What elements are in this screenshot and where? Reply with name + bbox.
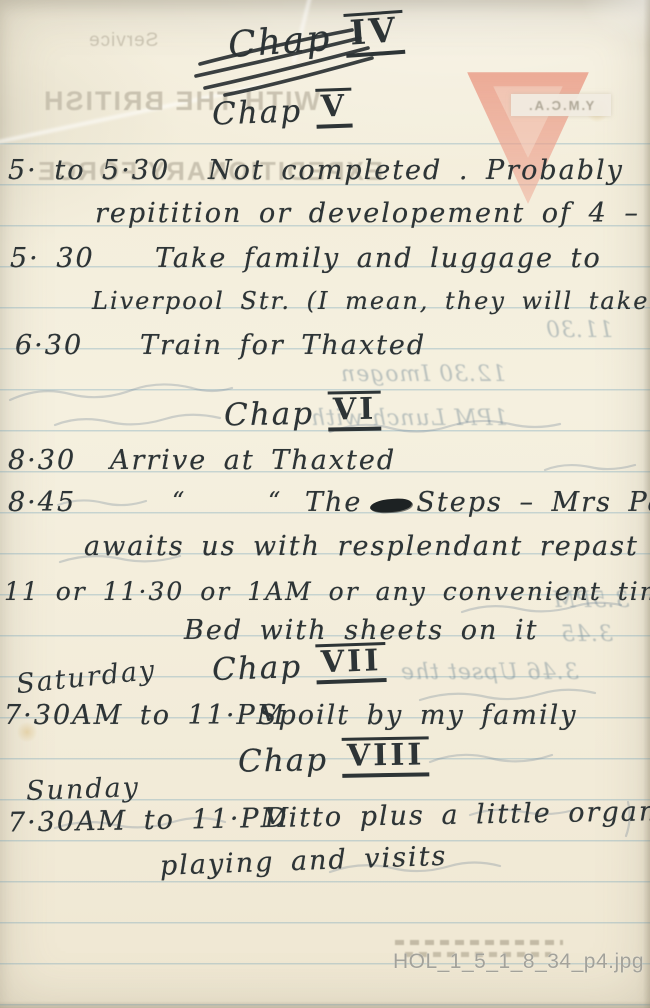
entry-text: TheSteps – Mrs Palmer	[305, 487, 650, 518]
schedule-line: 8·45 “ “ TheSteps – Mrs Palmer	[0, 487, 650, 529]
chapter-numeral: IV	[344, 10, 405, 58]
chapter-heading-8: Chap VIII	[238, 736, 430, 779]
ghost-print-footer	[395, 940, 563, 945]
entry-text: Ditto plus a little organ	[265, 796, 650, 834]
chapter-heading-4-struck: Chap IV	[227, 10, 405, 66]
time-label: 7·30AM to 11·PM	[4, 700, 286, 731]
entry-text: Spoilt by my family	[258, 700, 578, 731]
chapter-word: Chap	[224, 395, 315, 433]
entry-text: 11 or 11·30 or 1AM or any convenient tim…	[4, 577, 650, 606]
ymca-band-label: Y.M.C.A.	[527, 98, 594, 113]
chapter-heading-7: Chap VII	[211, 642, 387, 688]
entry-text-after-blot: Steps – Mrs Palmer	[416, 487, 650, 518]
entry-text: Bed with sheets on it	[184, 615, 538, 646]
time-label: 5· 30	[10, 243, 95, 274]
schedule-line: Liverpool Str. (I mean, they will take m…	[0, 287, 650, 329]
ymca-band: Y.M.C.A.	[511, 94, 611, 116]
schedule-line: repitition or developement of 4 – 5.	[0, 198, 650, 240]
schedule-line: 7·30AM to 11·PM Spoilt by my family	[0, 700, 650, 742]
entry-text: Take family and luggage to	[155, 243, 602, 274]
scan-edge	[0, 1001, 650, 1008]
entry-text: Arrive at Thaxted	[110, 445, 396, 476]
schedule-line: 5· 30 Take family and luggage to	[0, 243, 650, 285]
day-label-sunday: Sunday	[25, 772, 140, 807]
chapter-numeral: V	[315, 88, 353, 129]
chapter-heading-6: Chap VI	[224, 391, 382, 433]
time-label: 6·30	[15, 330, 83, 361]
chapter-numeral: VIII	[342, 736, 430, 777]
entry-text: Not completed . Probably	[208, 155, 624, 186]
chapter-numeral: VII	[315, 642, 387, 684]
entry-text: Liverpool Str. (I mean, they will take m…	[92, 287, 650, 315]
schedule-line: 6·30 Train for Thaxted	[0, 330, 650, 372]
entry-text: awaits us with resplendant repast	[84, 531, 639, 562]
schedule-line: 5· to 5·30 Not completed . Probably	[0, 155, 650, 197]
entry-text-before-blot: The	[305, 487, 362, 518]
chapter-word: Chap	[211, 93, 302, 132]
schedule-line: 11 or 11·30 or 1AM or any convenient tim…	[0, 577, 650, 619]
time-label: 8·30	[8, 445, 76, 476]
ghost-letterhead-service: Service	[88, 30, 158, 52]
ink-blot	[370, 498, 413, 513]
time-label: 5· to 5·30	[8, 155, 170, 186]
schedule-line: awaits us with resplendant repast	[0, 531, 650, 573]
chapter-numeral: VI	[328, 391, 382, 431]
time-label: 7·30AM to 11·PM	[8, 803, 291, 839]
entry-text: Train for Thaxted	[140, 330, 426, 361]
filename-watermark: HOL_1_5_1_8_34_p4.jpg	[393, 950, 644, 974]
ditto-mark: “	[172, 487, 186, 515]
ghost-handwriting: 3.46 Upset the	[400, 660, 579, 685]
chapter-word: Chap	[238, 742, 329, 780]
schedule-line: 8·30 Arrive at Thaxted	[0, 445, 650, 487]
time-label: 8·45	[8, 487, 76, 518]
ditto-mark: “	[268, 487, 282, 515]
chapter-heading-5: Chap V	[211, 88, 353, 132]
paper-crease	[580, 0, 650, 46]
entry-text: repitition or developement of 4 – 5.	[95, 198, 650, 229]
chapter-word: Chap	[227, 18, 333, 66]
chapter-word: Chap	[211, 648, 302, 687]
scanned-page: Service WITH THE BRITISH EXPEDITIONARY F…	[0, 0, 650, 1008]
